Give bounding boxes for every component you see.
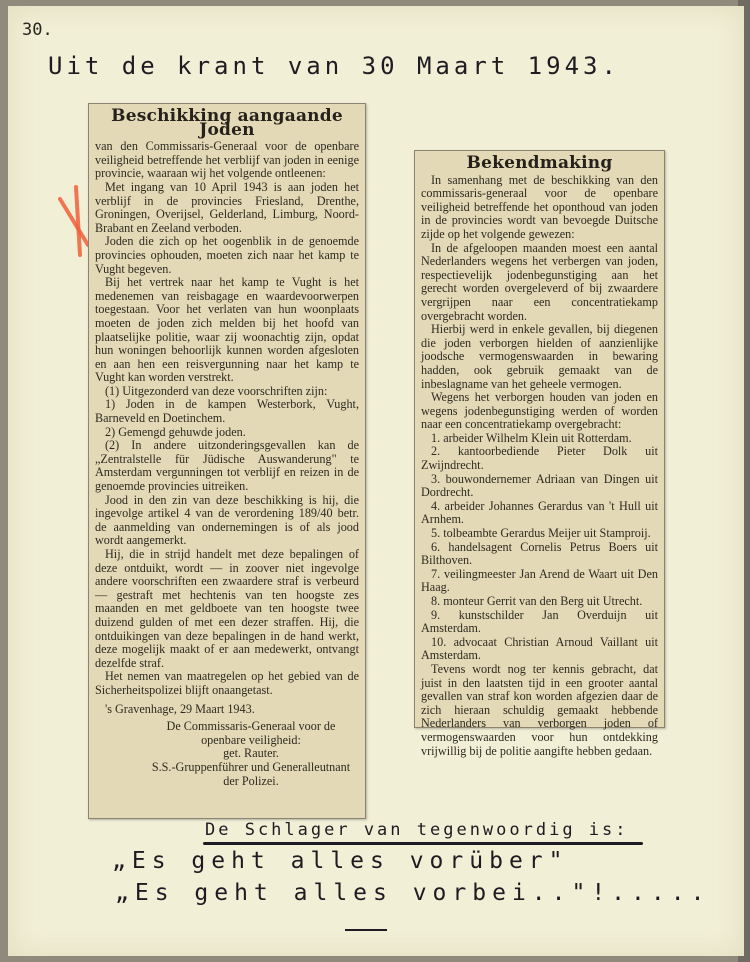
paragraph: In de afgeloopen maanden moest een aanta…: [421, 242, 658, 324]
signature-line: De Commissaris-Generaal voor de openbare…: [143, 720, 359, 747]
list-item: 9. kunstschilder Jan Overduijn uit Amste…: [421, 609, 658, 636]
paragraph: Met ingang van 10 April 1943 is aan jode…: [95, 181, 359, 235]
paragraph: 1) Joden in de kampen Westerbork, Vught,…: [95, 398, 359, 425]
signature-block: De Commissaris-Generaal voor de openbare…: [95, 720, 359, 788]
list-item: 1. arbeider Wilhelm Klein uit Rotterdam.: [421, 432, 658, 446]
handwritten-title: Uit de krant van 30 Maart 1943.: [48, 52, 620, 80]
signature-line: S.S.-Gruppenführer und Generalleutnant d…: [143, 761, 359, 788]
paragraph: Het nemen van maatregelen op het gebied …: [95, 670, 359, 697]
paragraph: Wegens het verborgen houden van joden en…: [421, 391, 658, 432]
handwritten-lyric-line: „Es geht alles vorbei.."!.....: [115, 880, 710, 906]
page-number: 30.: [22, 20, 53, 40]
handwritten-lyric-line: „Es geht alles vorüber": [112, 848, 569, 874]
list-item: 6. handelsagent Cornelis Petrus Boers ui…: [421, 541, 658, 568]
list-item: 7. veilingmeester Jan Arend de Waart uit…: [421, 568, 658, 595]
paragraph: Bij het vertrek naar het kamp te Vught i…: [95, 276, 359, 385]
heading-underline: [203, 842, 643, 845]
paragraph: (2) In andere uitzonderingsgevallen kan …: [95, 439, 359, 493]
list-item: 2. kantoorbediende Pieter Dolk uit Zwijn…: [421, 445, 658, 472]
paragraph: In samenhang met de beschikking van den …: [421, 174, 658, 242]
paragraph: (1) Uitgezonderd van deze voorschriften …: [95, 385, 359, 399]
paragraph: Hij, die in strijd handelt met deze bepa…: [95, 548, 359, 670]
paragraph: Joden die zich op het oogenblik in de ge…: [95, 235, 359, 276]
closing-dash: [345, 929, 387, 931]
newspaper-clipping-bekendmaking: Bekendmaking In samenhang met de beschik…: [414, 150, 665, 728]
paragraph: Hierbij werd in enkele gevallen, bij die…: [421, 323, 658, 391]
handwritten-heading: De Schlager van tegenwoordig is:: [205, 820, 629, 840]
paragraph: Tevens wordt nog ter kennis gebracht, da…: [421, 663, 658, 758]
paragraph: Jood in den zin van deze beschikking is …: [95, 494, 359, 548]
list-item: 4. arbeider Johannes Gerardus van 't Hul…: [421, 500, 658, 527]
clipping-title: Bekendmaking: [421, 157, 658, 171]
red-x-mark-icon: [58, 185, 92, 257]
paragraph: 2) Gemengd gehuwde joden.: [95, 426, 359, 440]
clipping-title: Beschikking aangaande Joden: [95, 110, 359, 137]
list-item: 5. tolbeambte Gerardus Meijer uit Stampr…: [421, 527, 658, 541]
list-item: 3. bouwondernemer Adriaan van Dingen uit…: [421, 473, 658, 500]
signature-line: get. Rauter.: [143, 747, 359, 761]
list-item: 8. monteur Gerrit van den Berg uit Utrec…: [421, 595, 658, 609]
newspaper-clipping-beschikking: Beschikking aangaande Joden van den Comm…: [88, 103, 366, 819]
paragraph: van den Commissaris-Generaal voor de ope…: [95, 140, 359, 181]
list-item: 10. advocaat Christian Arnoud Vaillant u…: [421, 636, 658, 663]
place-date: 's Gravenhage, 29 Maart 1943.: [95, 703, 359, 717]
